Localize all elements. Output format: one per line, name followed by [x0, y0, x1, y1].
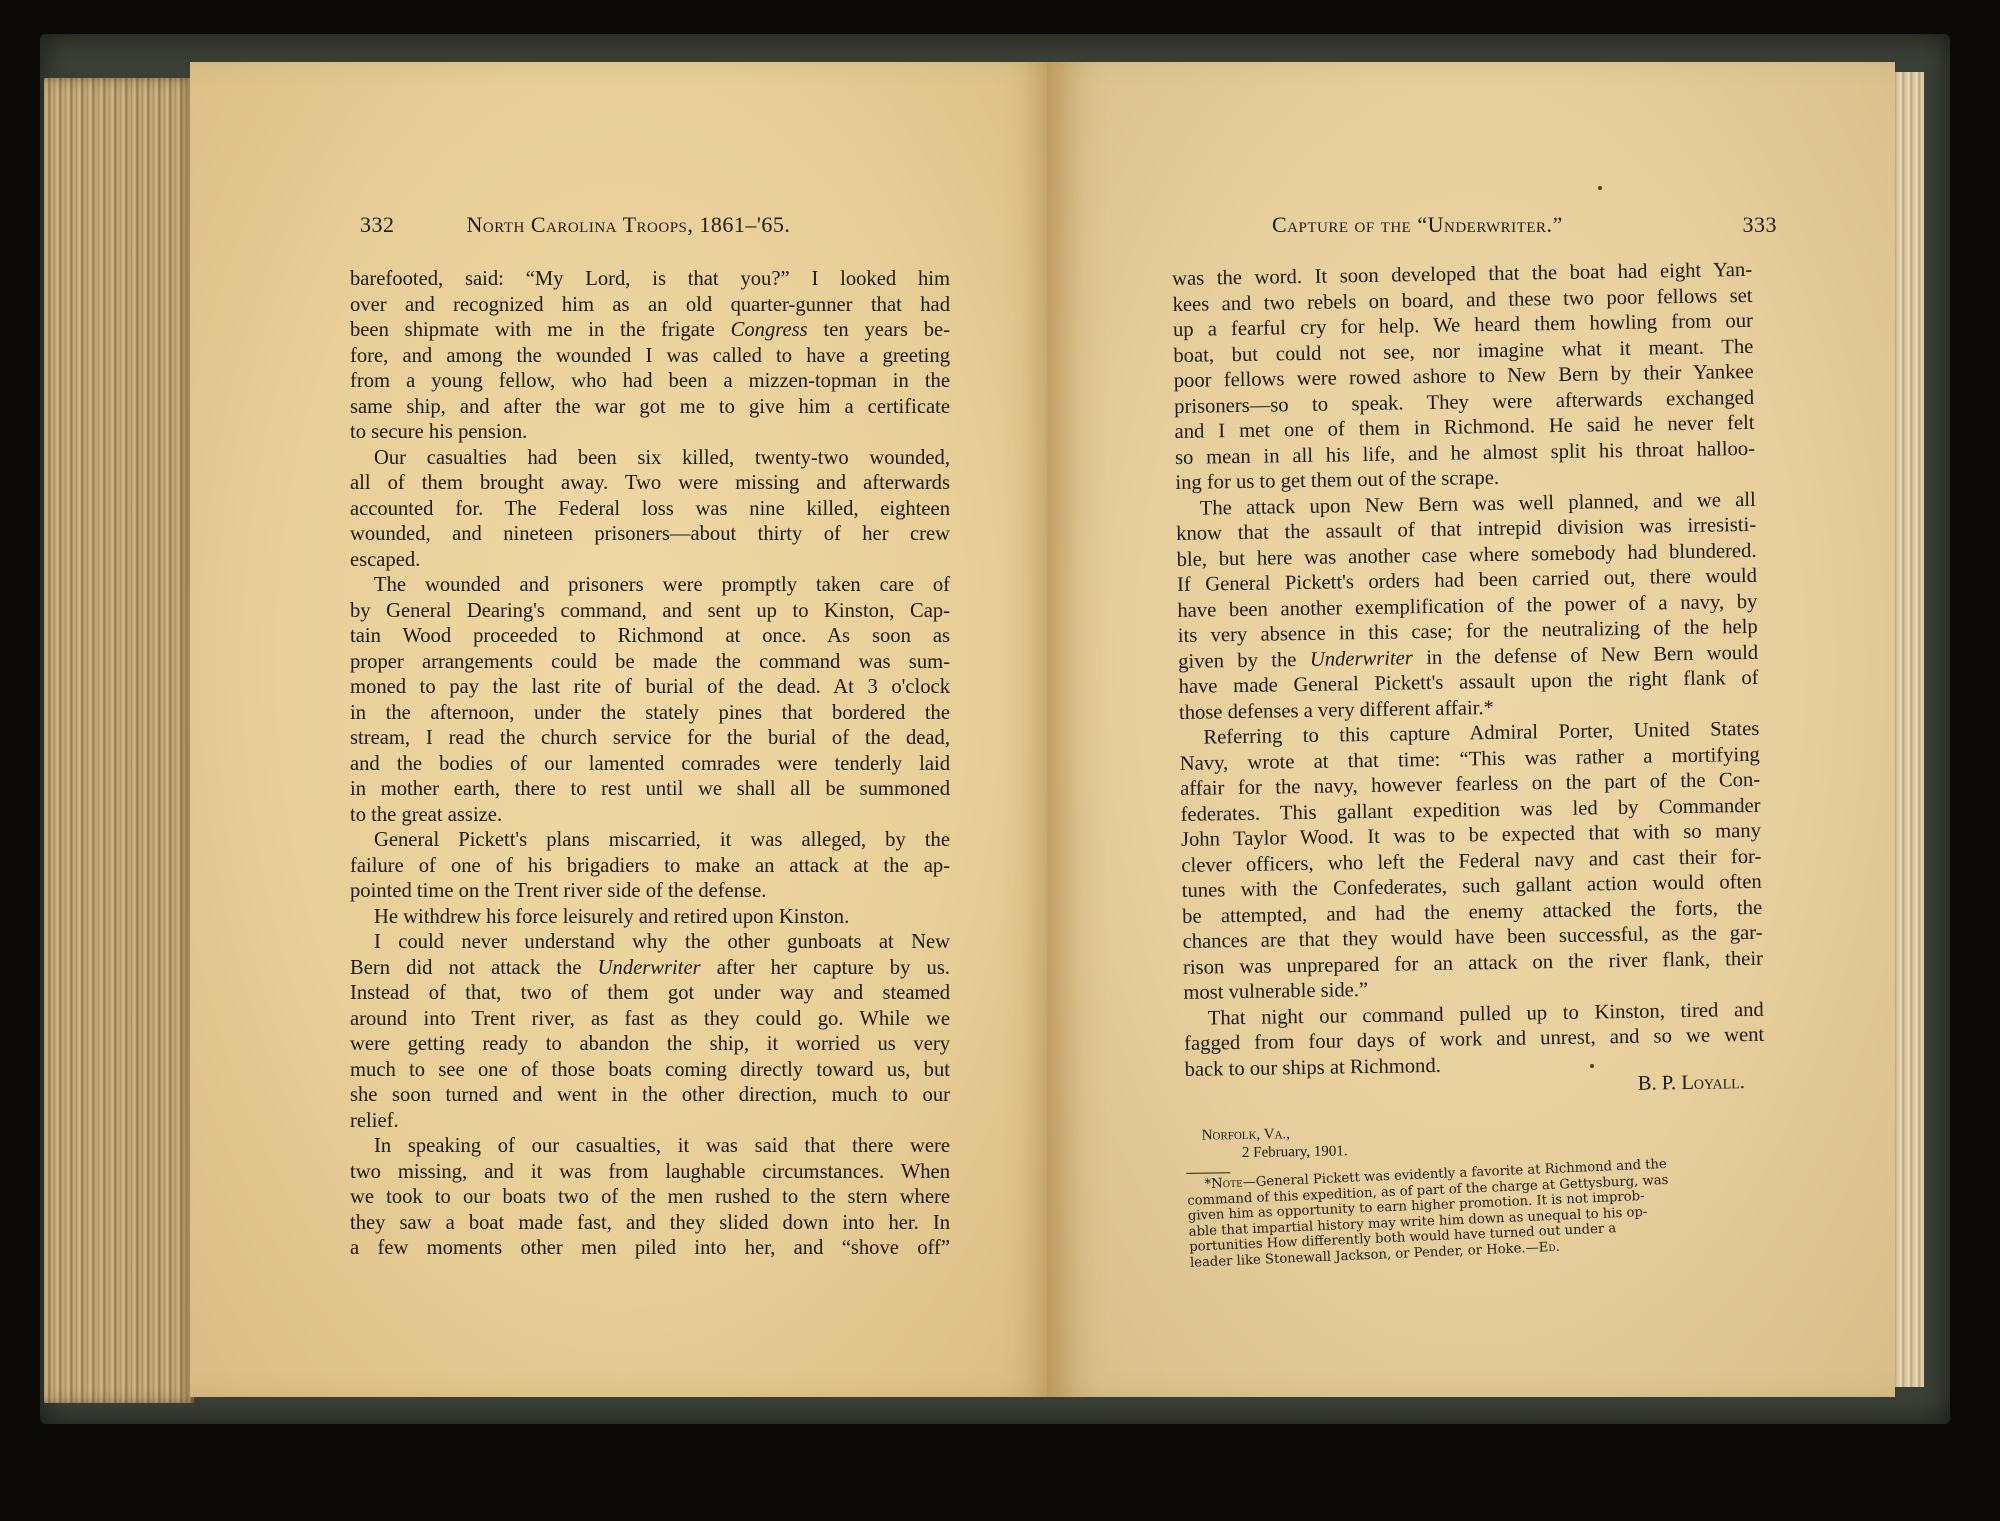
text-line: two missing, and it was from laughable c… — [350, 1160, 950, 1186]
text-line: by General Dearing's command, and sent u… — [350, 599, 950, 625]
text-line: in the afternoon, under the stately pine… — [350, 701, 950, 727]
text-line: over and recognized him as an old quarte… — [350, 293, 950, 319]
paper-stain — [1590, 1064, 1594, 1068]
right-page-paragraphs: was the word. It soon developed that the… — [1172, 258, 1765, 1083]
text-line: I could never understand why the other g… — [350, 930, 950, 956]
text-line: Our casualties had been six killed, twen… — [350, 446, 950, 472]
text-line: same ship, and after the war got me to g… — [350, 395, 950, 421]
ship-name: Underwriter — [1310, 647, 1413, 671]
text-line: she soon turned and went in the other di… — [350, 1083, 950, 1109]
page-number: 333 — [1743, 212, 1778, 238]
text-line: wounded, and nineteen prisoners—about th… — [350, 522, 950, 548]
right-page-header: Capture of the “Underwriter.” 333 — [1272, 212, 1777, 238]
page-block-right — [1890, 72, 1924, 1387]
text-line: to the great assize. — [350, 803, 950, 829]
text-line: proper arrangements could be made the co… — [350, 650, 950, 676]
editor-mark: Ed. — [1538, 1239, 1560, 1255]
text-line: failure of one of his brigadiers to make… — [350, 854, 950, 880]
text-line: In speaking of our casualties, it was sa… — [350, 1134, 950, 1160]
running-head: Capture of the “Underwriter.” — [1272, 212, 1563, 238]
footnote-rule — [1186, 1172, 1230, 1174]
text-line: and the bodies of our lamented comrades … — [350, 752, 950, 778]
text-line: Bern did not attack the Underwriter afte… — [350, 956, 950, 982]
text-line: escaped. — [350, 548, 950, 574]
footnote-label: *Note — [1204, 1175, 1243, 1192]
text-line: all of them brought away. Two were missi… — [350, 471, 950, 497]
text-line: we took to our boats two of the men rush… — [350, 1185, 950, 1211]
text-line: in mother earth, there to rest until we … — [350, 777, 950, 803]
text-line: to secure his pension. — [350, 420, 950, 446]
text-line: General Pickett's plans miscarried, it w… — [350, 828, 950, 854]
left-page-header: 332 North Carolina Troops, 1861–'65. — [360, 212, 960, 238]
left-page: 332 North Carolina Troops, 1861–'65. bar… — [190, 62, 1055, 1397]
text-line: accounted for. The Federal loss was nine… — [350, 497, 950, 523]
text-line: tain Wood proceeded to Richmond at once.… — [350, 624, 950, 650]
text-line: He withdrew his force leisurely and reti… — [350, 905, 950, 931]
text-line: been shipmate with me in the frigate Con… — [350, 318, 950, 344]
text-line: fore, and among the wounded I was called… — [350, 344, 950, 370]
text-line: they saw a boat made fast, and they slid… — [350, 1211, 950, 1237]
running-head: North Carolina Troops, 1861–'65. — [467, 212, 791, 238]
ship-name: Underwriter — [598, 957, 701, 979]
right-page: Capture of the “Underwriter.” 333 was th… — [1047, 62, 1895, 1397]
left-page-body: barefooted, said: “My Lord, is that you?… — [350, 267, 950, 1262]
text-line: pointed time on the Trent river side of … — [350, 879, 950, 905]
page-number: 332 — [360, 212, 395, 238]
footnote: *Note—General Pickett was evidently a fa… — [1186, 1152, 1770, 1270]
text-line: moned to pay the last rite of burial of … — [350, 675, 950, 701]
page-block-left — [44, 78, 194, 1403]
text-line: were getting ready to abandon the ship, … — [350, 1032, 950, 1058]
text-line: stream, I read the church service for th… — [350, 726, 950, 752]
text-line: The wounded and prisoners were promptly … — [350, 573, 950, 599]
text-line: Instead of that, two of them got under w… — [350, 981, 950, 1007]
paper-stain — [1598, 186, 1602, 190]
text-line: around into Trent river, as fast as they… — [350, 1007, 950, 1033]
text-line: much to see one of those boats coming di… — [350, 1058, 950, 1084]
text-line: a few moments other men piled into her, … — [350, 1236, 950, 1262]
right-page-body: was the word. It soon developed that the… — [1172, 258, 1768, 1270]
text-line: relief. — [350, 1109, 950, 1135]
text-line: from a young fellow, who had been a mizz… — [350, 369, 950, 395]
text-line: barefooted, said: “My Lord, is that you?… — [350, 267, 950, 293]
ship-name: Congress — [731, 319, 808, 341]
